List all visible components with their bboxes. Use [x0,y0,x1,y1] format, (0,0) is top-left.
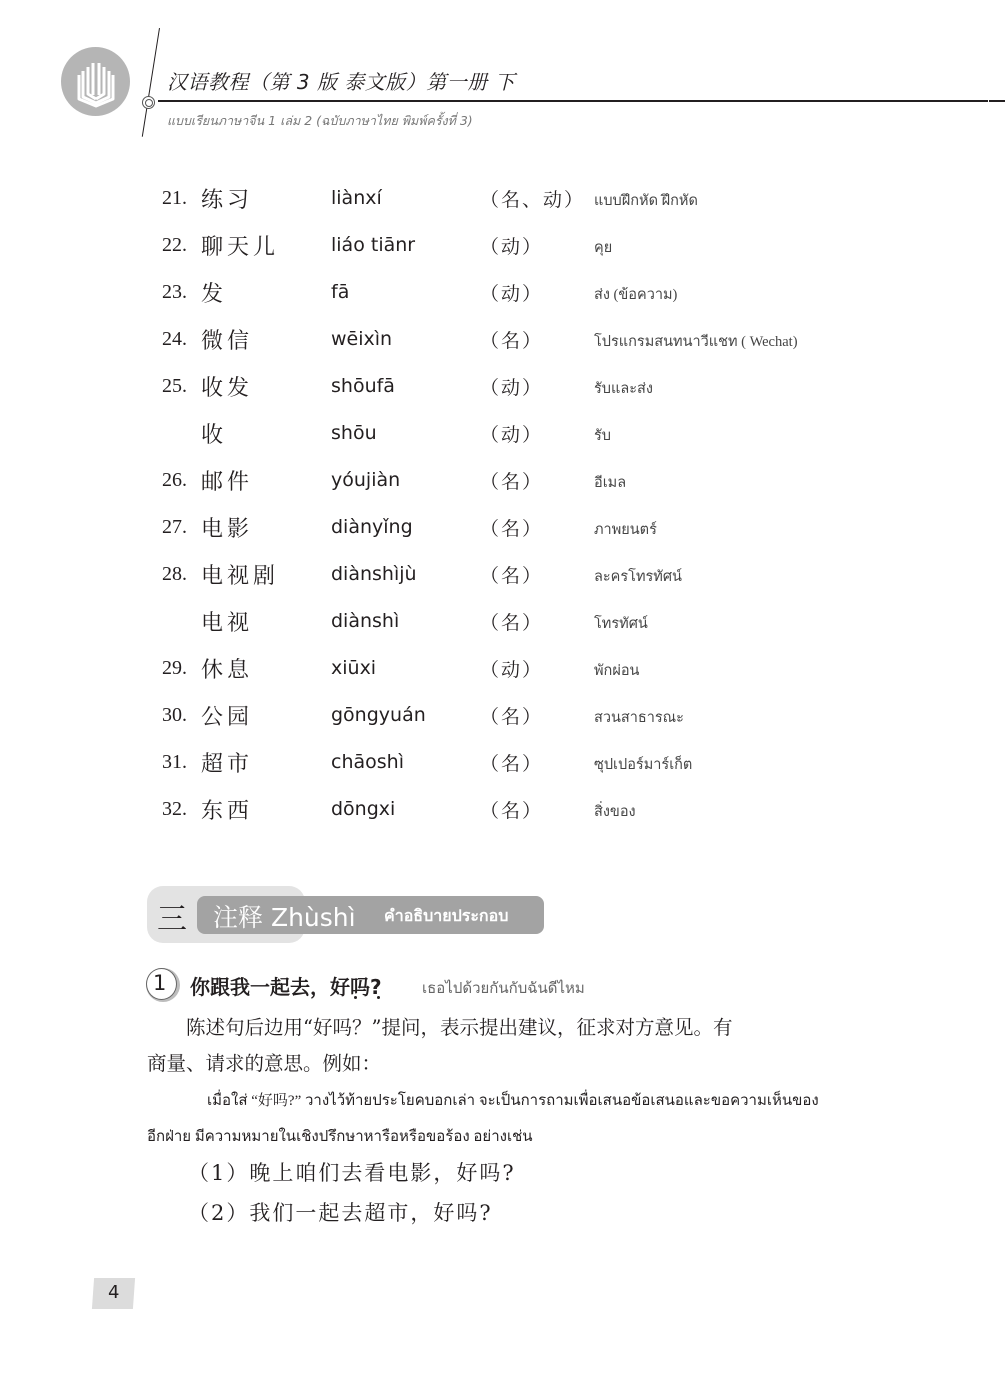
vocab-number: 29. [162,657,187,680]
vocab-pinyin: gōngyuán [331,704,426,726]
vocab-row: 24. 微信 wēixìn （名） โปรแกรมสนทนาวีแชท ( We… [0,324,1005,354]
vocab-thai: คุย [594,236,612,259]
vocab-hanzi: 东西 [201,794,253,825]
section-number: 三 [157,894,187,938]
vocab-pinyin: shōu [331,422,377,444]
vocab-pinyin: liáo tiānr [331,234,415,256]
explanation-zh-line-2: 商量、请求的意思。例如： [147,1046,862,1082]
vocab-row: 31. 超市 chāoshì （名） ซุปเปอร์มาร์เก็ต [0,747,1005,777]
example-sentence: （2）我们一起去超市，好吗? [188,1197,493,1227]
vocab-number: 22. [162,234,187,257]
vocab-hanzi: 电视剧 [201,559,279,590]
note-heading: 你跟我一起去，好吗? [190,971,382,1000]
vocab-part-of-speech: （动） [480,420,543,447]
vocab-row: 电视 diànshì （名） โทรทัศน์ [0,606,1005,636]
section-title: 注释 Zhùshì [213,898,356,934]
section-title-thai: คำอธิบายประกอบ [384,904,508,929]
publisher-logo [61,47,130,116]
vocab-row: 26. 邮件 yóujiàn （名） อีเมล [0,465,1005,495]
header-ring-ornament [142,96,155,109]
vocab-part-of-speech: （动） [480,655,543,682]
vocab-pinyin: xiūxi [331,657,376,679]
open-book-icon [61,47,130,116]
header-rule [158,100,988,102]
vocab-hanzi: 收 [201,418,227,449]
vocab-number: 23. [162,281,187,304]
vocab-number: 32. [162,798,187,821]
vocab-hanzi: 发 [201,277,227,308]
vocab-part-of-speech: （动） [480,373,543,400]
header-rule-end [989,100,1005,102]
vocab-part-of-speech: （名） [480,702,543,729]
header-divider-slash [142,28,160,137]
vocab-hanzi: 聊天儿 [201,230,279,261]
vocab-pinyin: chāoshì [331,751,404,773]
vocab-pinyin: liànxí [331,187,382,209]
vocab-hanzi: 邮件 [201,465,253,496]
vocab-hanzi: 休息 [201,653,253,684]
note-number: 1 [153,971,166,995]
vocab-row: 29. 休息 xiūxi （动） พักผ่อน [0,653,1005,683]
vocab-hanzi: 收发 [201,371,253,402]
vocab-thai: อีเมล [594,471,626,494]
explanation-thai-line-1: เมื่อใส่ “好吗?” วางไว้ท้ายประโยคบอกเล่า จ… [147,1083,862,1119]
explanation-zh-line-1: 陈述句后边用“好吗？”提问，表示提出建议，征求对方意见。有 [147,1010,862,1046]
vocab-part-of-speech: （名） [480,467,543,494]
example-sentence: （1）晚上咱们去看电影，好吗? [188,1157,516,1187]
emphasis-dot [377,996,380,999]
vocab-thai: โปรแกรมสนทนาวีแชท ( Wechat) [594,330,798,353]
vocab-pinyin: dōngxi [331,798,395,820]
vocab-thai: ภาพยนตร์ [594,518,657,541]
vocab-pinyin: shōufā [331,375,395,397]
vocab-row: 23. 发 fā （动） ส่ง (ข้อความ) [0,277,1005,307]
vocab-part-of-speech: （名） [480,749,543,776]
vocab-row: 收 shōu （动） รับ [0,418,1005,448]
vocab-part-of-speech: （名） [480,796,543,823]
vocab-thai: ละครโทรทัศน์ [594,565,682,588]
vocab-hanzi: 公园 [201,700,253,731]
vocab-number: 28. [162,563,187,586]
vocab-thai: พักผ่อน [594,659,639,682]
vocab-hanzi: 超市 [201,747,253,778]
vocab-part-of-speech: （名） [480,561,543,588]
vocab-hanzi: 练习 [201,183,253,214]
vocab-row: 25. 收发 shōufā （动） รับและส่ง [0,371,1005,401]
vocab-row: 21. 练习 liànxí （名、动） แบบฝึกหัด ฝึกหัด [0,183,1005,213]
vocab-number: 26. [162,469,187,492]
vocab-number: 31. [162,751,187,774]
book-subtitle: แบบเรียนภาษาจีน 1 เล่ม 2 (ฉบับภาษาไทย พิ… [167,111,473,131]
vocab-pinyin: yóujiàn [331,469,400,491]
vocab-part-of-speech: （名） [480,608,543,635]
vocab-row: 28. 电视剧 diànshìjù （名） ละครโทรทัศน์ [0,559,1005,589]
vocab-pinyin: wēixìn [331,328,392,350]
page-number: 4 [108,1282,119,1303]
vocab-pinyin: diànshìjù [331,563,417,585]
vocab-thai: ซุปเปอร์มาร์เก็ต [594,753,692,776]
vocab-number: 21. [162,187,187,210]
explanation-thai-line-2: อีกฝ่าย มีความหมายในเชิงปรึกษาหารือหรือข… [147,1119,862,1155]
vocab-number: 24. [162,328,187,351]
vocab-number: 30. [162,704,187,727]
vocab-part-of-speech: （名） [480,326,543,353]
note-heading-thai: เธอไปด้วยกันกับฉันดีไหม [422,976,585,1000]
vocab-thai: สวนสาธารณะ [594,706,684,729]
vocab-number: 25. [162,375,187,398]
book-title: 汉语教程（第 3 版 泰文版）第一册 下 [167,66,515,95]
vocab-row: 27. 电影 diànyǐng （名） ภาพยนตร์ [0,512,1005,542]
vocab-row: 32. 东西 dōngxi （名） สิ่งของ [0,794,1005,824]
vocab-hanzi: 微信 [201,324,253,355]
vocab-row: 30. 公园 gōngyuán （名） สวนสาธารณะ [0,700,1005,730]
vocab-pinyin: diànshì [331,610,399,632]
vocab-pinyin: diànyǐng [331,516,413,538]
vocab-thai: รับและส่ง [594,377,653,400]
vocab-thai: ส่ง (ข้อความ) [594,283,677,306]
vocab-number: 27. [162,516,187,539]
vocab-part-of-speech: （动） [480,279,543,306]
vocab-thai: สิ่งของ [594,800,636,823]
vocab-row: 22. 聊天儿 liáo tiānr （动） คุย [0,230,1005,260]
vocab-thai: โทรทัศน์ [594,612,648,635]
vocab-hanzi: 电影 [201,512,253,543]
emphasis-dot [354,996,357,999]
vocab-part-of-speech: （动） [480,232,543,259]
vocab-pinyin: fā [331,281,349,303]
vocab-thai: รับ [594,424,611,447]
vocab-hanzi: 电视 [201,606,253,637]
vocab-thai: แบบฝึกหัด ฝึกหัด [594,189,698,212]
vocab-part-of-speech: （名） [480,514,543,541]
vocab-part-of-speech: （名、动） [480,185,585,212]
